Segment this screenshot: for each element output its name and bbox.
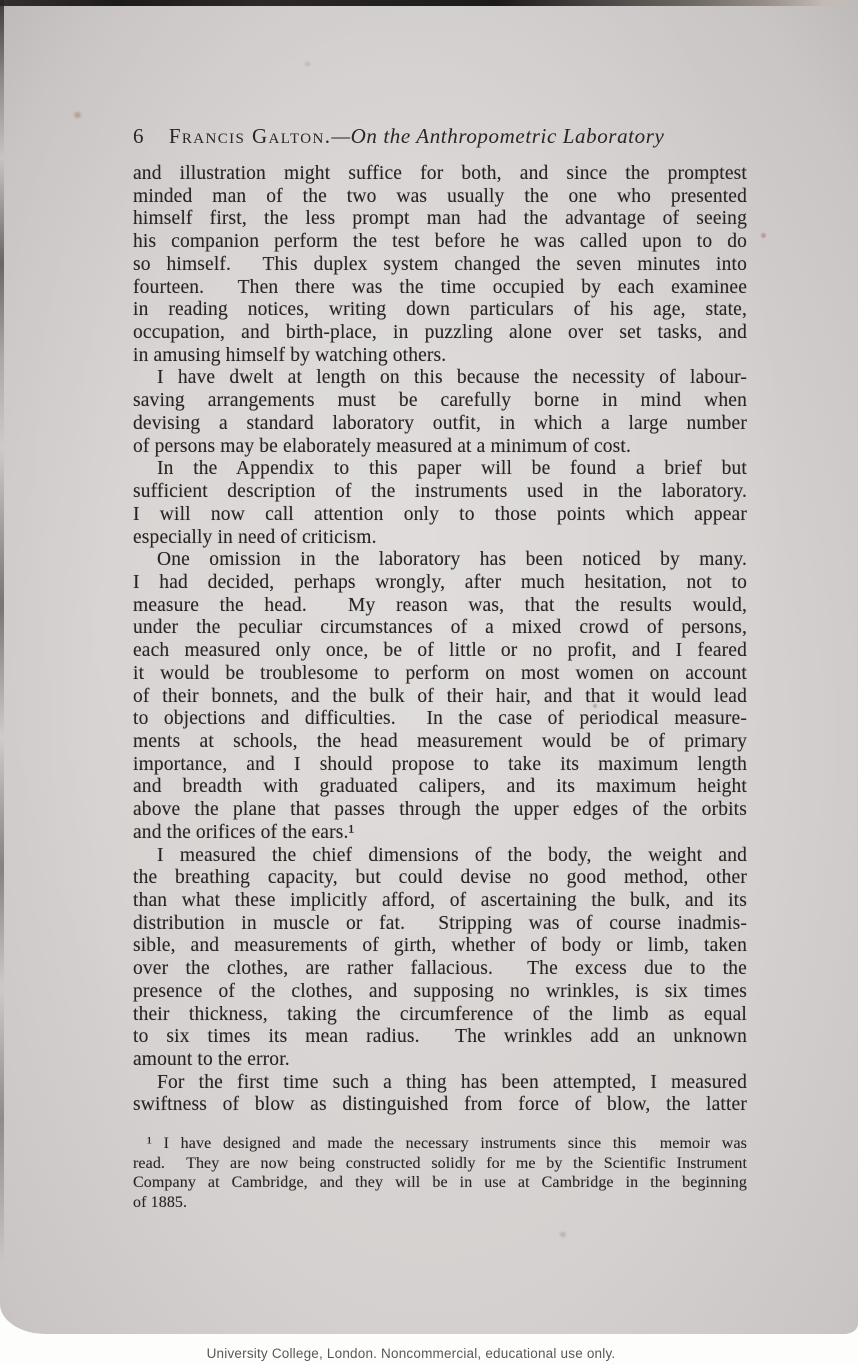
text-line: in amusing himself by watching others. (133, 345, 747, 368)
text-line: I measured the chief dimensions of the b… (133, 845, 747, 868)
scanned-document: 6 Francis Galton.—On the Anthropometric … (0, 0, 858, 1365)
text-line: it would be troublesome to perform on mo… (133, 663, 747, 686)
text-line: distribution in muscle or fat. Stripping… (133, 913, 747, 936)
paper-speck (305, 62, 310, 66)
paper-speck (761, 233, 766, 238)
footnote-line: of 1885. (133, 1193, 747, 1213)
text-line: of persons may be elaborately measured a… (133, 436, 747, 459)
text-line: ments at schools, the head measurement w… (133, 731, 747, 754)
text-line: fourteen. Then there was the time occupi… (133, 277, 747, 300)
text-line: In the Appendix to this paper will be fo… (133, 458, 747, 481)
text-line: saving arrangements must be carefully bo… (133, 390, 747, 413)
paper-speck (560, 1232, 566, 1237)
book-page: 6 Francis Galton.—On the Anthropometric … (0, 0, 858, 1334)
text-line: and breadth with graduated calipers, and… (133, 776, 747, 799)
usage-caption: University College, London. Noncommercia… (0, 1346, 822, 1361)
text-line: sible, and measurements of girth, whethe… (133, 935, 747, 958)
text-line: himself first, the less prompt man had t… (133, 208, 747, 231)
footnote-line: read. They are now being constructed sol… (133, 1154, 747, 1174)
text-line: of their bonnets, and the bulk of their … (133, 686, 747, 709)
text-line: to six times its mean radius. The wrinkl… (133, 1026, 747, 1049)
text-line: and illustration might suffice for both,… (133, 163, 747, 186)
footnote-line: ¹ I have designed and made the necessary… (133, 1134, 747, 1154)
text-line: minded man of the two was usually the on… (133, 186, 747, 209)
text-line: occupation, and birth-place, in puzzling… (133, 322, 747, 345)
text-line: swiftness of blow as distinguished from … (133, 1094, 747, 1117)
text-line: devising a standard laboratory outfit, i… (133, 413, 747, 436)
text-line: in reading notices, writing down particu… (133, 299, 747, 322)
text-line: over the clothes, are rather fallacious.… (133, 958, 747, 981)
text-line: each measured only once, be of little or… (133, 640, 747, 663)
page-number: 6 (133, 124, 144, 148)
text-line: I had decided, perhaps wrongly, after mu… (133, 572, 747, 595)
text-line: and the orifices of the ears.¹ (133, 822, 747, 845)
text-line: above the plane that passes through the … (133, 799, 747, 822)
text-line: so himself. This duplex system changed t… (133, 254, 747, 277)
text-line: I will now call attention only to those … (133, 504, 747, 527)
text-line: the breathing capacity, but could devise… (133, 867, 747, 890)
work-title: —On the Anthropometric Laboratory (331, 124, 664, 148)
text-line: to objections and difficulties. In the c… (133, 708, 747, 731)
text-line: amount to the error. (133, 1049, 747, 1072)
text-line: For the first time such a thing has been… (133, 1072, 747, 1095)
footnote-line: Company at Cambridge, and they will be i… (133, 1173, 747, 1193)
footnote: ¹ I have designed and made the necessary… (133, 1134, 747, 1212)
text-line: presence of the clothes, and supposing n… (133, 981, 747, 1004)
text-line: sufficient description of the instrument… (133, 481, 747, 504)
text-line: his companion perform the test before he… (133, 231, 747, 254)
text-line: One omission in the laboratory has been … (133, 549, 747, 572)
text-line: I have dwelt at length on this because t… (133, 367, 747, 390)
page-header: 6 Francis Galton.—On the Anthropometric … (133, 124, 747, 148)
text-line: especially in need of criticism. (133, 527, 747, 550)
running-head: Francis Galton.—On the Anthropometric La… (169, 124, 665, 148)
text-line: under the peculiar circumstances of a mi… (133, 617, 747, 640)
paper-speck (74, 112, 81, 118)
text-line: their thickness, taking the circumferenc… (133, 1004, 747, 1027)
text-line: than what these implicitly afford, of as… (133, 890, 747, 913)
text-line: measure the head. My reason was, that th… (133, 595, 747, 618)
text-line: importance, and I should propose to take… (133, 754, 747, 777)
body-text: and illustration might suffice for both,… (133, 163, 747, 1117)
author-name: Francis Galton. (169, 124, 332, 148)
